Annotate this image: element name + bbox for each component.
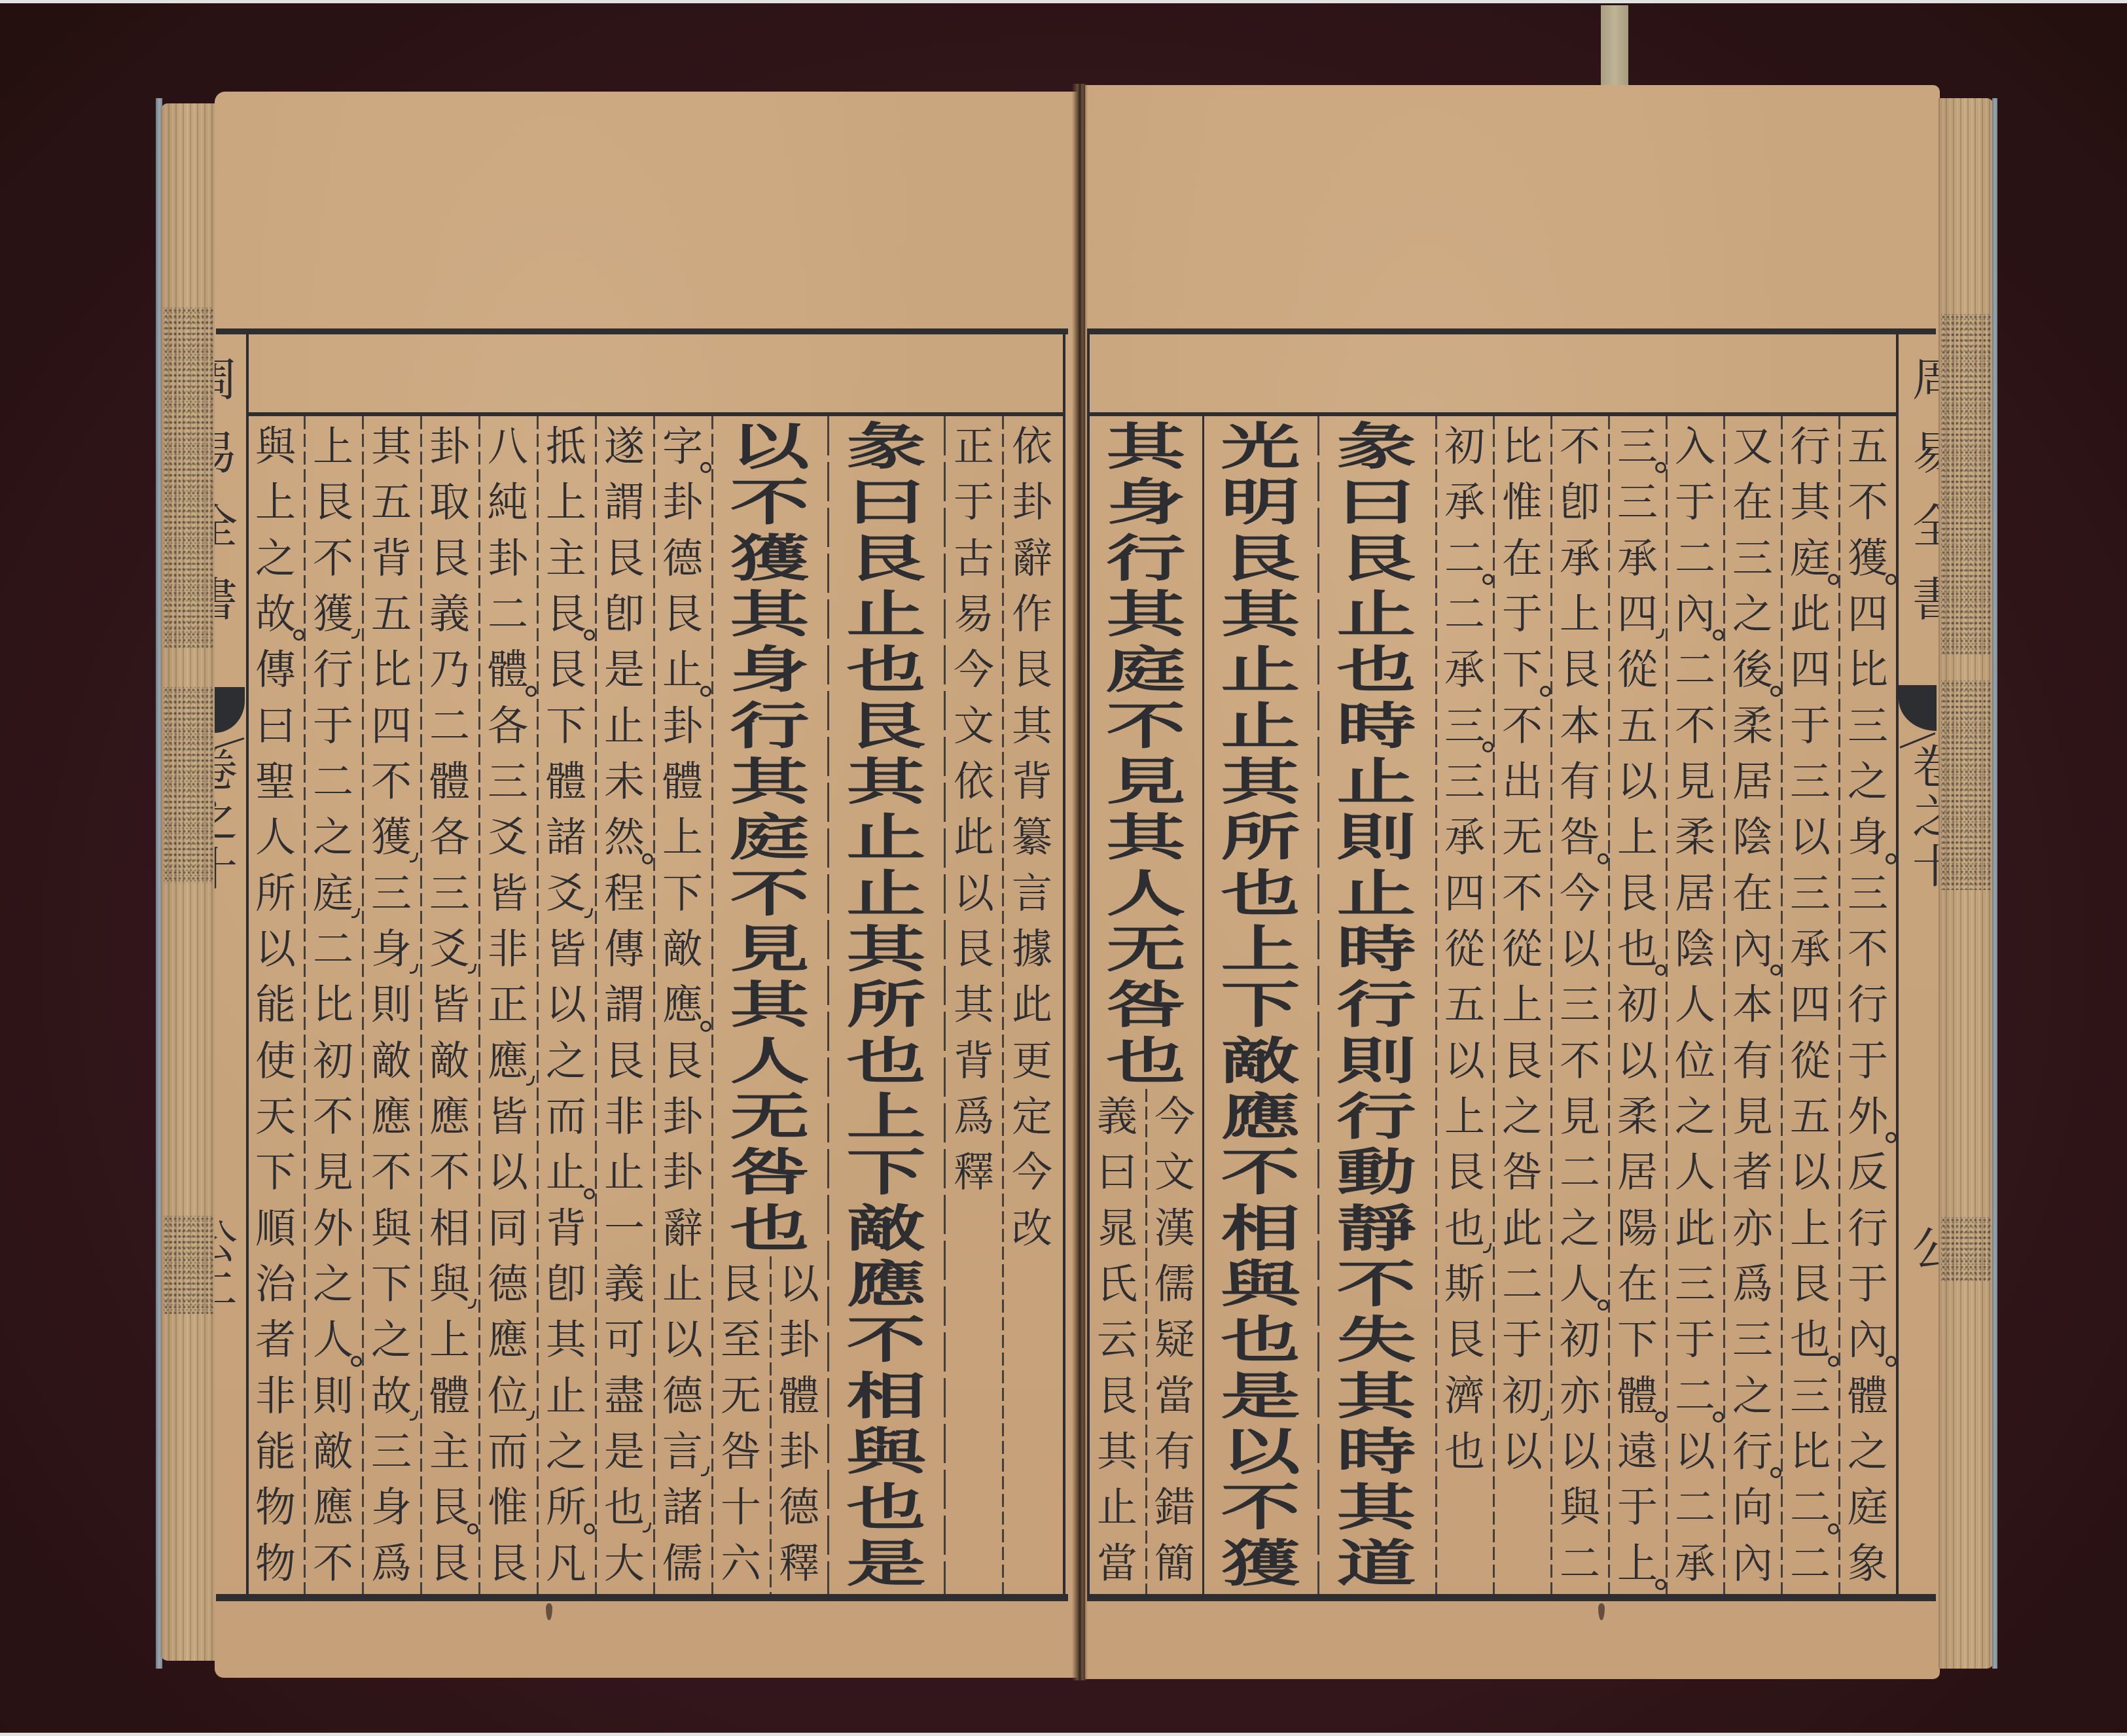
character: 應 <box>479 1033 537 1089</box>
character: 以 <box>712 419 827 474</box>
character: 者 <box>247 1312 304 1368</box>
character: 止 <box>829 866 944 921</box>
character: 依 <box>1003 419 1061 474</box>
character: 盡 <box>596 1368 653 1424</box>
character: 止 <box>654 1256 711 1312</box>
character: 以 <box>945 866 1003 921</box>
frame-bottom-line <box>216 1594 1068 1601</box>
character: 入 <box>1666 419 1724 474</box>
character: 也 <box>829 642 944 698</box>
punctuation-circle <box>467 1523 478 1534</box>
character: 上 <box>1609 1536 1666 1591</box>
character: 于 <box>1666 474 1724 530</box>
punctuation-hook <box>526 1409 535 1422</box>
character: 字 <box>654 419 711 474</box>
punctuation-circle <box>584 1523 595 1534</box>
character: 應 <box>479 1312 537 1368</box>
character: 今 <box>1146 1089 1204 1144</box>
character: 三 <box>1436 698 1493 754</box>
character: 以 <box>1781 809 1839 865</box>
character: 體 <box>421 1368 478 1424</box>
character: 二 <box>479 586 537 642</box>
character: 卽 <box>537 1256 595 1312</box>
punctuation-circle <box>293 629 304 641</box>
character: 體 <box>479 642 537 698</box>
character: 敵 <box>421 1033 478 1089</box>
punctuation-circle <box>526 686 537 697</box>
punctuation-circle <box>700 686 711 697</box>
punctuation-circle <box>1655 965 1666 976</box>
character: 其 <box>363 419 420 474</box>
character: 止 <box>596 1144 653 1200</box>
punctuation-circle <box>1886 1356 1897 1367</box>
character: 全 <box>215 504 242 577</box>
character: 背 <box>945 1033 1003 1089</box>
text-column: 又在三之後柔居陰在內本有見者亦爲三之行向內 <box>1724 419 1781 1591</box>
character: 位 <box>1666 1033 1724 1089</box>
character: 聖 <box>247 754 304 809</box>
character: 无 <box>712 1089 827 1144</box>
character: 不 <box>304 531 362 586</box>
character: 上 <box>421 1312 478 1368</box>
character: 卦 <box>770 1424 828 1479</box>
character: 三 <box>421 866 478 921</box>
character: 皆 <box>537 921 595 977</box>
character: 其 <box>1319 1479 1434 1535</box>
character: 行 <box>1839 977 1897 1033</box>
punctuation-circle <box>1655 1411 1666 1423</box>
punctuation-hook <box>410 851 419 864</box>
character: 止 <box>1088 1479 1146 1535</box>
commentary-note-column: 以卦體卦德釋 <box>770 1256 828 1591</box>
character: 此 <box>1666 1201 1724 1256</box>
character: 三 <box>1609 419 1666 474</box>
character: 獲 <box>712 531 827 586</box>
character: 釋 <box>945 1144 1003 1200</box>
character: 比 <box>1493 419 1551 474</box>
character: 乃 <box>421 642 478 698</box>
character: 不 <box>1203 1144 1318 1200</box>
character: 獲 <box>304 586 362 642</box>
character: 不 <box>363 1144 420 1200</box>
character: 人 <box>1551 1256 1609 1312</box>
character: 爻 <box>421 921 478 977</box>
text-column: 初承二二承三三承四從五以上艮也斯艮濟也 <box>1436 419 1493 1479</box>
large-text-column: 以不獲其身行其庭不見其人无咎也 <box>712 419 827 1256</box>
character: 相 <box>421 1201 478 1256</box>
character: 不 <box>712 866 827 921</box>
character: 卽 <box>1551 474 1609 530</box>
margin-book-title: 周易全書 <box>1908 357 1939 650</box>
character: 于 <box>1839 1033 1897 1089</box>
character: 止 <box>537 1144 595 1200</box>
character: 之 <box>1839 754 1897 809</box>
character: 人 <box>1088 866 1204 921</box>
character: 于 <box>1609 1479 1666 1535</box>
character: 二 <box>1551 1536 1609 1591</box>
character: 反 <box>1839 1144 1897 1200</box>
fishtail-mark <box>215 687 245 733</box>
character: 敵 <box>363 1033 420 1089</box>
character: 儒 <box>1146 1256 1204 1312</box>
character: 也 <box>1609 921 1666 977</box>
ink-bleed <box>1941 681 1991 890</box>
character: 行 <box>1839 1201 1897 1256</box>
character: 背 <box>363 531 420 586</box>
punctuation-circle <box>642 853 653 864</box>
character: 二 <box>1666 531 1724 586</box>
character: 五 <box>363 474 420 530</box>
punctuation-hook <box>526 1074 535 1087</box>
character: 庭 <box>304 866 362 921</box>
large-text-column: 光明艮其止止其所也上下敵應不相與也是以不獲 <box>1203 419 1318 1591</box>
character: 也 <box>1203 866 1318 921</box>
character: 三 <box>1666 1256 1724 1312</box>
character: 爻 <box>537 866 595 921</box>
character: 外 <box>304 1201 362 1256</box>
character: 下 <box>654 866 711 921</box>
character: 陰 <box>1724 809 1781 865</box>
character: 不 <box>1839 474 1897 530</box>
character: 上 <box>1781 1201 1839 1256</box>
character: 承 <box>1666 1536 1724 1591</box>
character: 此 <box>945 809 1003 865</box>
spine-fold <box>1072 84 1088 1680</box>
character: 以 <box>1551 1424 1609 1479</box>
character: 德 <box>654 1368 711 1424</box>
large-text-column: 彖曰艮止也艮其止止其所也上下敵應不相與也是 <box>829 419 944 1591</box>
right-page-margin: 周易全書 卷之十 公 <box>1899 328 1939 1598</box>
character: 爲 <box>363 1536 420 1591</box>
character: 書 <box>1908 577 1939 650</box>
character: 卦 <box>654 698 711 754</box>
character: 二 <box>1436 586 1493 642</box>
character: 不 <box>1666 698 1724 754</box>
character: 本 <box>1724 977 1781 1033</box>
character: 以 <box>1781 1144 1839 1200</box>
character: 遂 <box>596 419 653 474</box>
character: 居 <box>1666 866 1724 921</box>
character: 以 <box>1436 1033 1493 1089</box>
character: 從 <box>1436 921 1493 977</box>
character: 艮 <box>596 531 653 586</box>
character: 六 <box>712 1536 770 1591</box>
character: 公 <box>215 1220 242 1267</box>
character: 各 <box>421 809 478 865</box>
character: 儒 <box>654 1536 711 1591</box>
character: 故 <box>363 1368 420 1424</box>
character: 能 <box>247 977 304 1033</box>
character: 之 <box>1908 794 1939 844</box>
punctuation-circle <box>1828 574 1839 585</box>
character: 不 <box>363 754 420 809</box>
character: 初 <box>1493 1368 1551 1424</box>
character: 內 <box>1724 1536 1781 1591</box>
character: 之 <box>1724 586 1781 642</box>
character: 全 <box>1908 504 1939 577</box>
scan-border-top <box>0 0 2127 3</box>
character: 上 <box>1609 809 1666 865</box>
character: 見 <box>304 1144 362 1200</box>
character: 艮 <box>421 1479 478 1535</box>
character: 三 <box>479 754 537 809</box>
character: 也 <box>1088 1033 1204 1089</box>
character: 外 <box>1839 1089 1897 1144</box>
character: 行 <box>1319 1089 1434 1144</box>
character: 卦 <box>770 1312 828 1368</box>
character: 爻 <box>479 809 537 865</box>
character: 今 <box>1003 1144 1061 1200</box>
character: 曰 <box>1088 1144 1146 1200</box>
character: 之 <box>304 1256 362 1312</box>
character: 不 <box>1551 1033 1609 1089</box>
character: 艮 <box>712 1256 770 1312</box>
text-column: 其五背五比四不獲三身則敵應不與下之故三身爲 <box>363 419 420 1591</box>
punctuation-circle <box>1886 1132 1897 1143</box>
character: 艮 <box>654 586 711 642</box>
punctuation-circle <box>1713 1411 1724 1423</box>
character: 德 <box>770 1479 828 1535</box>
text-column: 八純卦二體各三爻皆非正應皆以同德應位而惟艮 <box>479 419 537 1591</box>
character: 改 <box>1003 1201 1061 1256</box>
character: 二 <box>1666 642 1724 698</box>
character: 見 <box>1088 754 1204 809</box>
character: 當 <box>1146 1368 1204 1424</box>
character: 也 <box>1319 642 1434 698</box>
character: 應 <box>363 1089 420 1144</box>
character: 三 <box>1781 866 1839 921</box>
character: 四 <box>1781 977 1839 1033</box>
text-column: 五不獲四比三之身三不行于外反行于內體之庭象 <box>1839 419 1897 1591</box>
character: 十 <box>1908 844 1939 894</box>
character: 艮 <box>1493 1033 1551 1089</box>
character: 承 <box>1436 474 1493 530</box>
character: 也 <box>1436 1424 1493 1479</box>
punctuation-circle <box>1482 741 1493 753</box>
character: 辭 <box>654 1201 711 1256</box>
character: 比 <box>1839 642 1897 698</box>
character: 此 <box>1781 586 1839 642</box>
character: 可 <box>596 1312 653 1368</box>
character: 上 <box>304 419 362 474</box>
character: 不 <box>712 474 827 530</box>
character: 其 <box>945 977 1003 1033</box>
character: 柔 <box>1724 698 1781 754</box>
character: 非 <box>479 921 537 977</box>
character: 其 <box>1203 754 1318 809</box>
character: 道 <box>1319 1536 1434 1591</box>
character: 艮 <box>304 474 362 530</box>
character: 所 <box>829 977 944 1033</box>
character: 然 <box>596 809 653 865</box>
character: 之 <box>1493 1089 1551 1144</box>
character: 于 <box>1493 1312 1551 1368</box>
character: 古 <box>945 531 1003 586</box>
character: 晁 <box>1088 1201 1146 1256</box>
character: 易 <box>215 431 242 504</box>
character: 止 <box>1319 754 1434 809</box>
character: 疑 <box>1146 1312 1204 1368</box>
character: 五 <box>1781 1089 1839 1144</box>
character: 各 <box>479 698 537 754</box>
character: 未 <box>596 754 653 809</box>
character: 時 <box>1319 921 1434 977</box>
header-note-column: 依卦辭作艮其背纂言據此更定今改 <box>1003 419 1061 1256</box>
character: 上 <box>247 474 304 530</box>
character: 十 <box>712 1479 770 1535</box>
character: 應 <box>421 1089 478 1144</box>
character: 比 <box>363 642 420 698</box>
character: 此 <box>1003 977 1061 1033</box>
punctuation-hook <box>1656 628 1665 640</box>
character: 公 <box>1908 1226 1939 1273</box>
character: 以 <box>770 1256 828 1312</box>
character: 艮 <box>421 531 478 586</box>
character: 之 <box>304 809 362 865</box>
character: 亦 <box>1551 1368 1609 1424</box>
character: 行 <box>304 642 362 698</box>
character: 上 <box>537 474 595 530</box>
character: 所 <box>247 866 304 921</box>
margin-volume: 卷之十 <box>215 747 242 896</box>
character: 至 <box>712 1312 770 1368</box>
character: 云 <box>1088 1312 1146 1368</box>
character: 應 <box>304 1479 362 1535</box>
character: 出 <box>1493 754 1551 809</box>
character: 四 <box>1781 642 1839 698</box>
character: 在 <box>1724 866 1781 921</box>
character: 則 <box>1319 809 1434 865</box>
character: 程 <box>596 866 653 921</box>
character: 不 <box>421 1144 478 1200</box>
character: 體 <box>1609 1368 1666 1424</box>
character: 文 <box>945 698 1003 754</box>
character: 當 <box>1088 1536 1146 1591</box>
character: 五 <box>1839 419 1897 474</box>
punctuation-hook <box>351 628 361 640</box>
commentary-note-column: 義曰晁氏云艮其止當 <box>1088 1089 1146 1591</box>
character: 曰 <box>829 474 944 530</box>
character: 止 <box>829 586 944 642</box>
character: 艮 <box>1551 642 1609 698</box>
ink-bleed <box>1941 1217 1991 1283</box>
character: 咎 <box>1551 809 1609 865</box>
character: 人 <box>304 1312 362 1368</box>
punctuation-hook <box>351 907 361 919</box>
character: 柔 <box>1666 809 1724 865</box>
character: 四 <box>363 698 420 754</box>
character: 惟 <box>1493 474 1551 530</box>
punctuation-circle <box>1770 1467 1781 1478</box>
character: 以 <box>479 1144 537 1200</box>
character: 卷 <box>1908 745 1939 794</box>
punctuation-circle <box>1655 1579 1666 1590</box>
margin-book-title: 周易全書 <box>215 357 242 650</box>
punctuation-circle <box>1886 574 1897 585</box>
character: 敵 <box>829 1201 944 1256</box>
punctuation-circle <box>1482 574 1493 585</box>
character: 不 <box>1088 698 1204 754</box>
character: 德 <box>654 531 711 586</box>
character: 彖 <box>1319 419 1434 474</box>
punctuation-circle <box>1770 686 1781 697</box>
character: 義 <box>421 586 478 642</box>
character: 柔 <box>1609 1089 1666 1144</box>
character: 艮 <box>829 698 944 754</box>
character: 以 <box>1551 921 1609 977</box>
character: 不 <box>1493 866 1551 921</box>
character: 在 <box>1493 531 1551 586</box>
character: 十 <box>215 847 242 896</box>
character: 敵 <box>654 921 711 977</box>
character: 四 <box>1609 586 1666 642</box>
character: 艮 <box>537 642 595 698</box>
character: 動 <box>1319 1144 1434 1200</box>
frame-top-line <box>216 328 1068 334</box>
character: 依 <box>945 754 1003 809</box>
character: 其 <box>829 921 944 977</box>
character: 陽 <box>1609 1201 1666 1256</box>
character: 則 <box>304 1368 362 1424</box>
character: 凡 <box>537 1536 595 1591</box>
character: 承 <box>1436 642 1493 698</box>
character: 純 <box>479 474 537 530</box>
punctuation-circle <box>1713 629 1724 641</box>
page-stack-right <box>1939 98 1993 1669</box>
punctuation-circle <box>1655 462 1666 473</box>
character: 艮 <box>1003 642 1061 698</box>
character: 人 <box>1666 1144 1724 1200</box>
character: 敵 <box>1203 1033 1318 1089</box>
character: 與 <box>247 419 304 474</box>
character: 无 <box>1088 921 1204 977</box>
character: 之 <box>1839 1424 1897 1479</box>
punctuation-hook <box>584 907 594 919</box>
character: 其 <box>712 754 827 809</box>
character: 人 <box>247 809 304 865</box>
character: 艮 <box>1609 866 1666 921</box>
character: 下 <box>829 1144 944 1200</box>
character: 易 <box>945 586 1003 642</box>
character: 獲 <box>1203 1536 1318 1591</box>
character: 是 <box>596 642 653 698</box>
character: 庭 <box>1781 531 1839 586</box>
text-column: 與上之故傳曰聖人所以能使天下順治者非能物物 <box>247 419 304 1591</box>
character: 文 <box>1146 1144 1204 1200</box>
punctuation-hook <box>410 1409 419 1422</box>
character: 相 <box>829 1368 944 1424</box>
punctuation-hook <box>410 963 419 975</box>
character: 身 <box>712 642 827 698</box>
text-column: 入于二內二不見柔居陰人位之人此三于二以二承 <box>1666 419 1724 1591</box>
character: 從 <box>1493 921 1551 977</box>
punctuation-circle <box>584 1188 595 1199</box>
character: 二 <box>1666 1368 1724 1424</box>
text-column: 遂謂艮卽是止未然程傳謂艮非止一義可盡是也大 <box>596 419 653 1591</box>
text-column: 三三承四從五以上艮也初以柔居陽在下體遠于上 <box>1609 419 1666 1591</box>
character: 以 <box>1666 1424 1724 1479</box>
character: 從 <box>1781 1033 1839 1089</box>
character: 則 <box>363 977 420 1033</box>
frame-inner-line <box>1063 328 1065 1601</box>
character: 以 <box>1203 1424 1318 1479</box>
character: 也 <box>1781 1312 1839 1368</box>
character: 一 <box>596 1201 653 1256</box>
character: 皆 <box>479 1089 537 1144</box>
fishtail-mark <box>1899 685 1937 731</box>
punctuation-circle <box>1540 686 1551 697</box>
character: 見 <box>1724 1089 1781 1144</box>
